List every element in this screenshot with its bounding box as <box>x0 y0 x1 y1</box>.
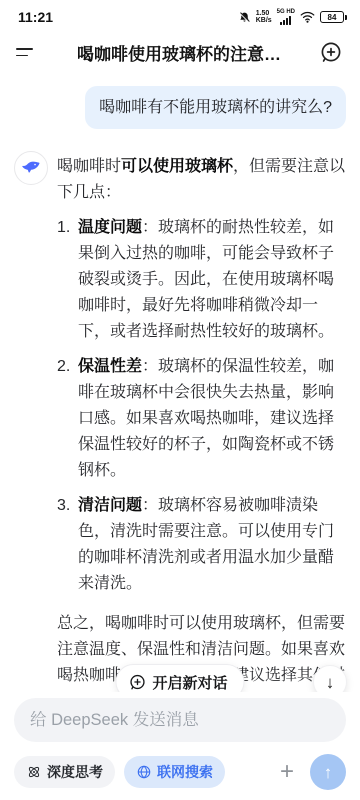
network-speed: 1.50 KB/s <box>256 10 272 24</box>
attach-button[interactable]: + <box>273 758 301 786</box>
arrow-down-icon: ↓ <box>326 674 335 691</box>
composer: 深度思考 联网搜索 + ↑ <box>0 692 360 800</box>
wifi-icon <box>300 11 315 23</box>
assistant-message: 喝咖啡时可以使用玻璃杯，但需要注意以下几点： 1.温度问题：玻璃杯的耐热性较差，… <box>0 129 360 702</box>
list-item: 2.保温性差：玻璃杯的保温性较差，咖啡在玻璃杯中会很快失去热量，影响口感。如果喜… <box>57 354 346 484</box>
new-chat-icon[interactable] <box>318 39 344 65</box>
deepseek-app-screen: 11:21 1.50 KB/s 5G HD <box>0 0 360 800</box>
atom-icon <box>26 764 42 780</box>
cellular-signal-icon: 5G HD <box>277 9 295 25</box>
deepseek-whale-avatar <box>14 151 48 185</box>
arrow-up-icon: ↑ <box>324 764 333 781</box>
composer-toolbar: 深度思考 联网搜索 + ↑ <box>14 754 346 790</box>
assistant-message-text: 喝咖啡时可以使用玻璃杯，但需要注意以下几点： 1.温度问题：玻璃杯的耐热性较差，… <box>57 151 346 702</box>
message-input-container[interactable] <box>14 698 346 742</box>
assistant-numbered-list: 1.温度问题：玻璃杯的耐热性较差，如果倒入过热的咖啡，可能会导致杯子破裂或烫手。… <box>57 215 346 597</box>
user-message-bubble: 喝咖啡有不能用玻璃杯的讲究么? <box>85 86 346 129</box>
status-bar: 11:21 1.50 KB/s 5G HD <box>0 0 360 30</box>
list-item: 1.温度问题：玻璃杯的耐热性较差，如果倒入过热的咖啡，可能会导致杯子破裂或烫手。… <box>57 215 346 345</box>
battery-icon: 84 <box>320 11 344 23</box>
deep-think-toggle[interactable]: 深度思考 <box>14 756 115 788</box>
chat-header: 喝咖啡使用玻璃杯的注意… <box>0 30 360 74</box>
clock: 11:21 <box>18 9 53 25</box>
send-button[interactable]: ↑ <box>310 754 346 790</box>
chat-scroll-area[interactable]: 喝咖啡有不能用玻璃杯的讲究么? 喝咖啡时可以使用玻璃杯，但需要注意以下几点： 1… <box>0 74 360 702</box>
menu-icon[interactable] <box>16 40 40 64</box>
list-item: 3.清洁问题：玻璃杯容易被咖啡渍染色，清洗时需要注意。可以使用专门的咖啡杯清洗剂… <box>57 493 346 597</box>
web-search-toggle[interactable]: 联网搜索 <box>124 756 225 788</box>
assistant-intro: 喝咖啡时可以使用玻璃杯，但需要注意以下几点： <box>57 154 346 206</box>
message-input[interactable] <box>30 711 330 730</box>
globe-icon <box>136 764 152 780</box>
conversation-title: 喝咖啡使用玻璃杯的注意… <box>40 40 318 65</box>
plus-icon: + <box>280 760 294 784</box>
mute-icon <box>238 11 251 24</box>
plus-bubble-icon <box>128 673 146 691</box>
